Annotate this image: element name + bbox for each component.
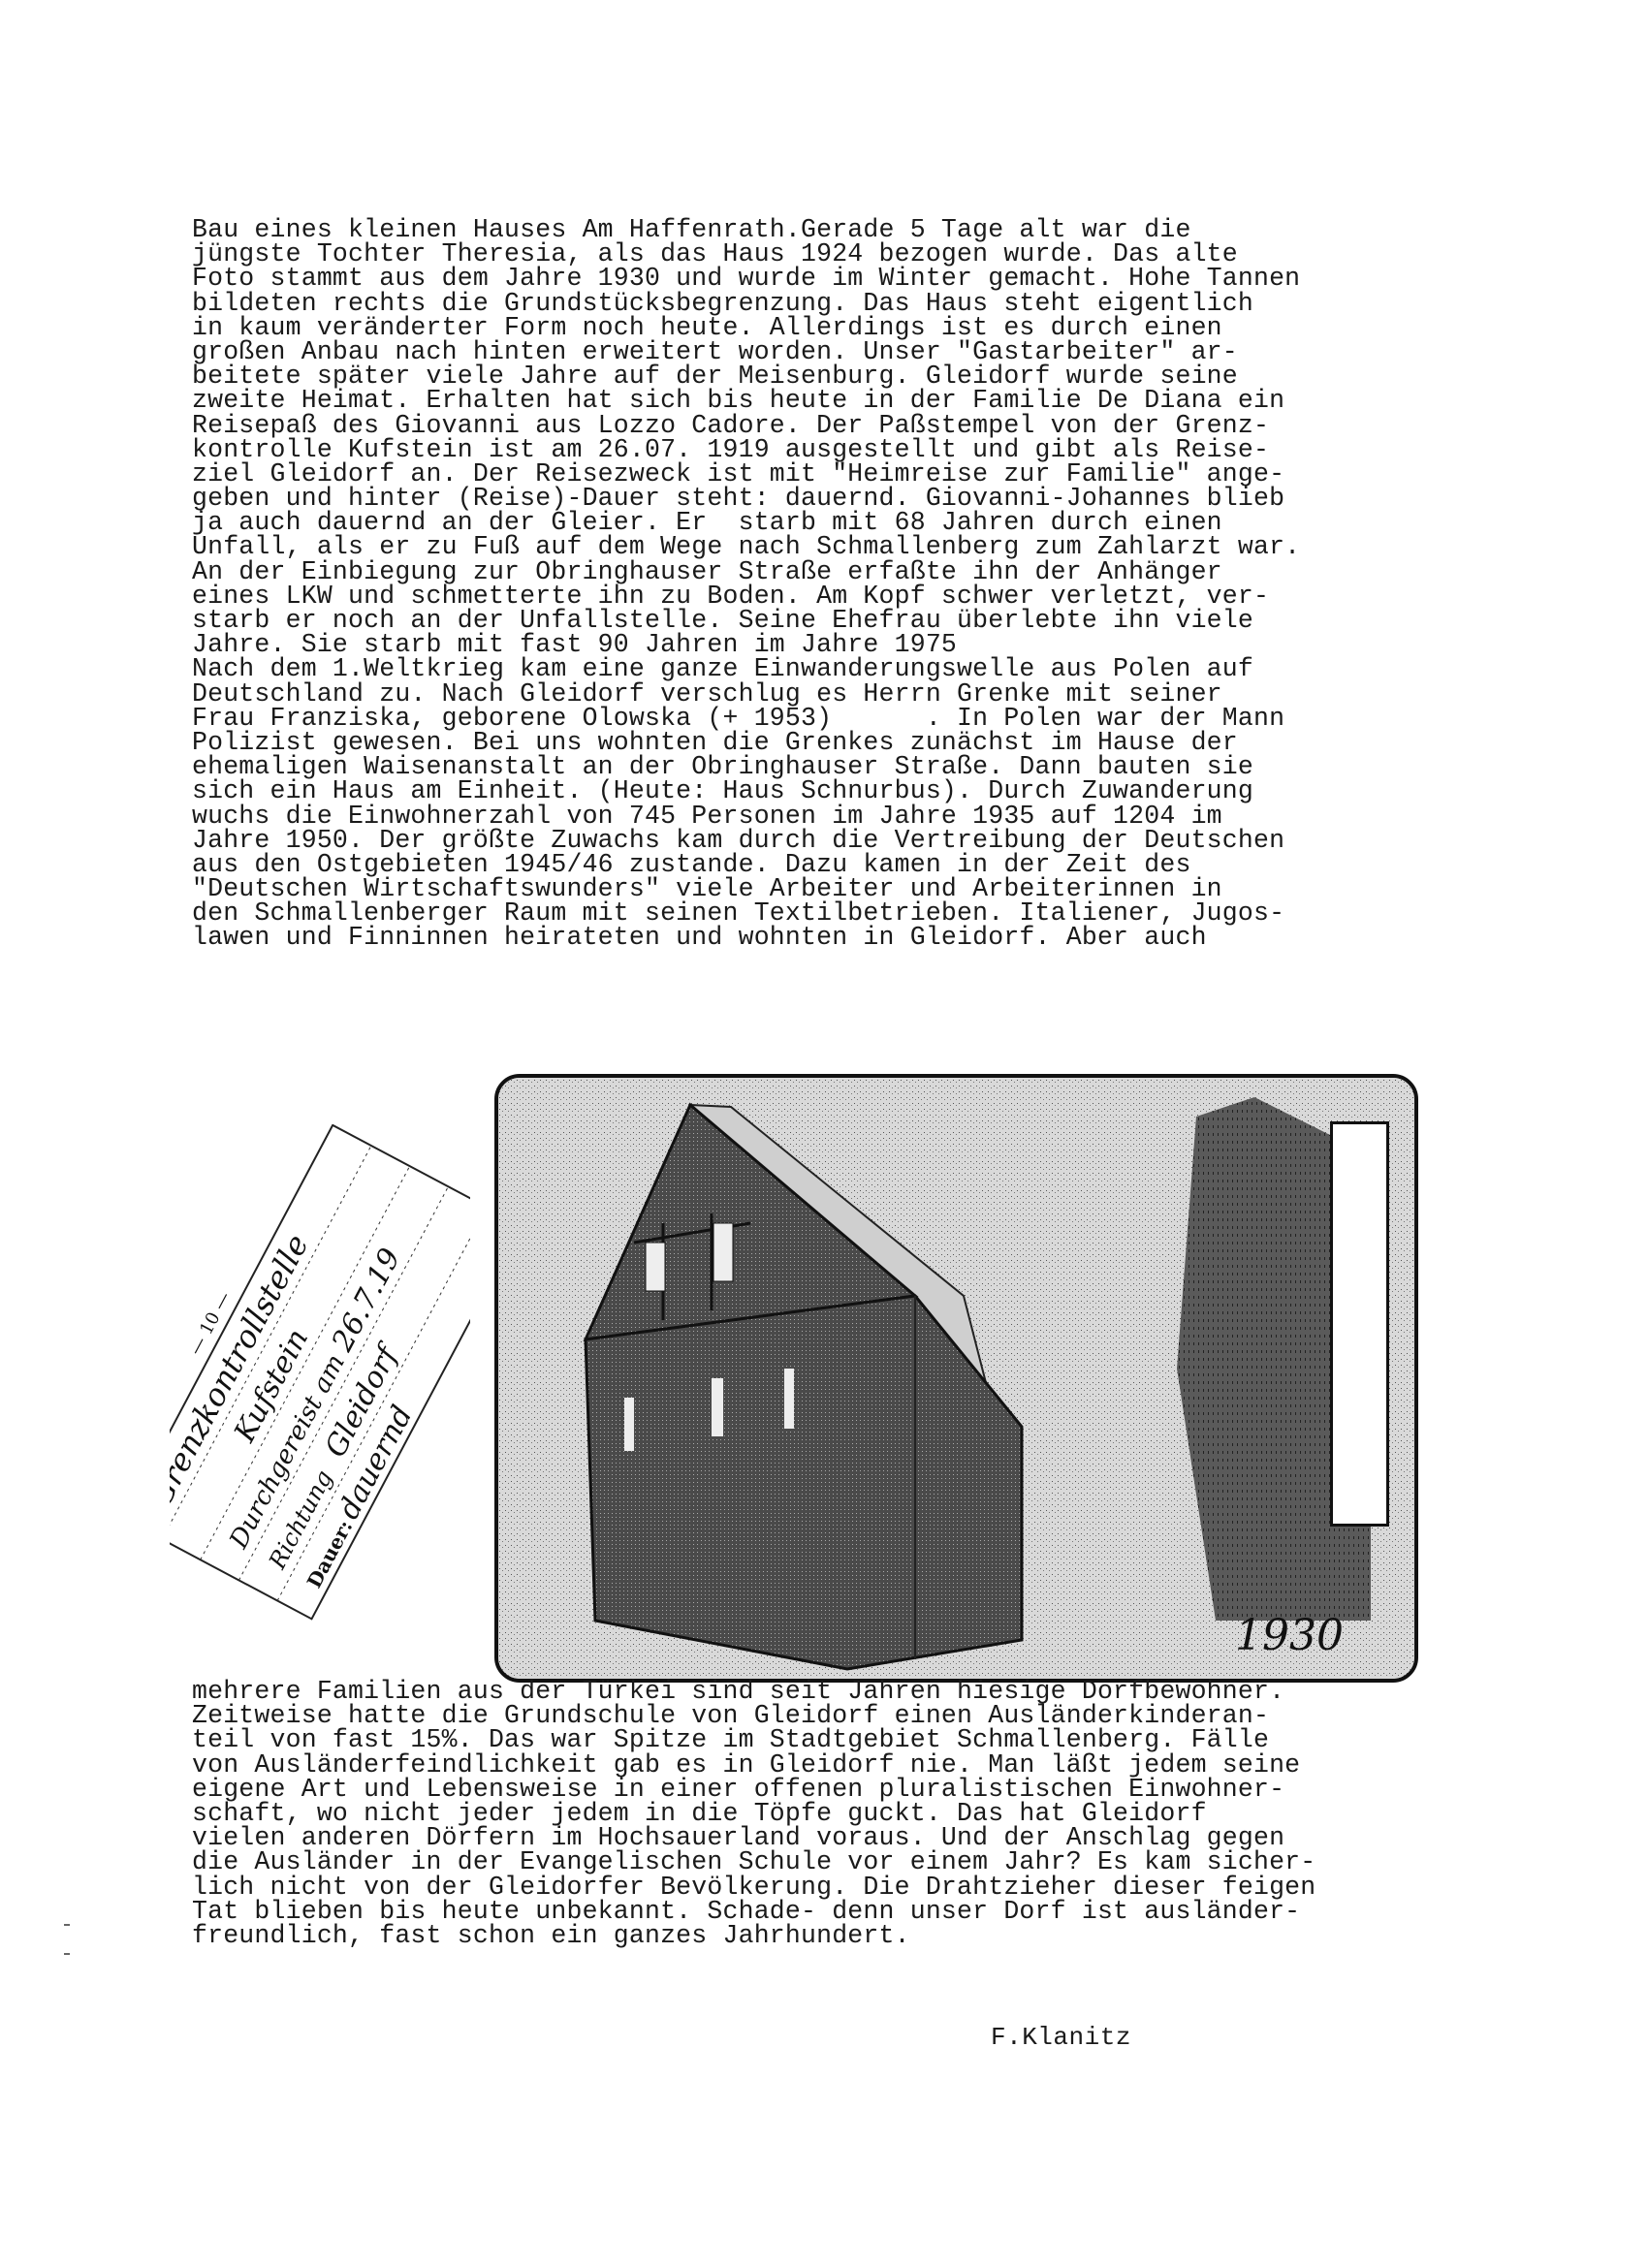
passport-strip: [1330, 1121, 1389, 1527]
text-line: Nach dem 1.Weltkrieg kam eine ganze Einw…: [192, 657, 1481, 681]
text-line: lich nicht von der Gleidorfer Bevölkerun…: [192, 1875, 1481, 1900]
text-line: teil von fast 15%. Das war Spitze im Sta…: [192, 1728, 1481, 1752]
scanned-page: Bau eines kleinen Hauses Am Haffenrath.G…: [0, 0, 1648, 2268]
photo-figure: — 10 — Grenzkontrollstelle Kufstein Durc…: [131, 1066, 1507, 1686]
passport-stamp: — 10 — Grenzkontrollstelle Kufstein Durc…: [170, 1124, 470, 1628]
text-line: wuchs die Einwohnerzahl von 745 Personen…: [192, 804, 1481, 829]
margin-mark: [64, 1953, 70, 1955]
house-photo: 1930: [494, 1074, 1418, 1683]
text-line: Foto stammt aus dem Jahre 1930 und wurde…: [192, 267, 1481, 291]
text-line: lawen und Finninnen heirateten und wohnt…: [192, 926, 1481, 950]
body-text-bottom: mehrere Familien aus der Türkei sind sei…: [192, 1680, 1481, 1948]
text-line: Deutschland zu. Nach Gleidorf verschlug …: [192, 682, 1481, 707]
body-text-top: Bau eines kleinen Hauses Am Haffenrath.G…: [192, 218, 1481, 951]
text-line: die Ausländer in der Evangelischen Schul…: [192, 1850, 1481, 1874]
text-line: Reisepaß des Giovanni aus Lozzo Cadore. …: [192, 414, 1481, 438]
text-line: freundlich, fast schon ein ganzes Jahrhu…: [192, 1924, 1481, 1948]
text-line: von Ausländerfeindlichkeit gab es in Gle…: [192, 1753, 1481, 1778]
house-illustration: 1930: [498, 1078, 1414, 1679]
text-line: Unfall, als er zu Fuß auf dem Wege nach …: [192, 535, 1481, 559]
photo-year: 1930: [1235, 1611, 1344, 1660]
margin-mark: [64, 1924, 70, 1926]
text-line: bildeten rechts die Grundstücksbegrenzun…: [192, 292, 1481, 316]
text-line: sich ein Haus am Einheit. (Heute: Haus S…: [192, 779, 1481, 803]
text-line: zweite Heimat. Erhalten hat sich bis heu…: [192, 389, 1481, 413]
author-signature: F.Klanitz: [991, 2023, 1131, 2052]
